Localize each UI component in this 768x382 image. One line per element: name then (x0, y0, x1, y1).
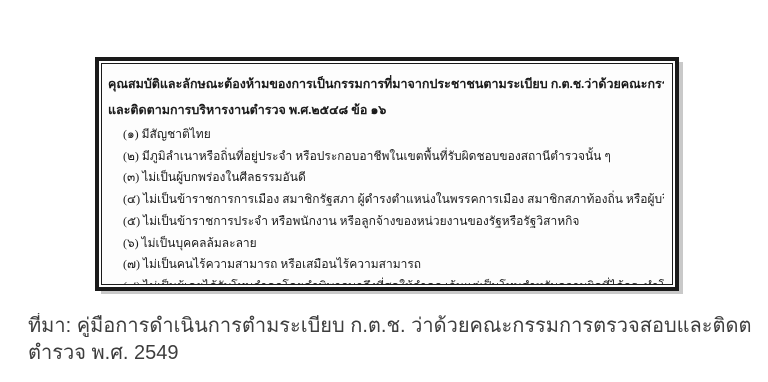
list-item: (๓) ไม่เป็นผู้บกพร่องในศีลธรรมอันดี (108, 167, 664, 189)
box-title-line-2: และติดตามการบริหารงานตำรวจ พ.ศ.๒๕๔๘ ข้อ … (108, 97, 664, 123)
document-page: คุณสมบัติและลักษณะต้องห้ามของการเป็นกรรม… (0, 0, 768, 382)
source-caption: ที่มา: คู่มือการดำเนินการตำมระเบียบ ก.ต.… (28, 313, 752, 367)
list-item: (๗) ไม่เป็นคนไร้ความสามารถ หรือเสมือนไร้… (108, 254, 664, 276)
box-title-line-1: คุณสมบัติและลักษณะต้องห้ามของการเป็นกรรม… (108, 71, 664, 97)
qualifications-list: (๑) มีสัญชาติไทย (๒) มีภูมิลำเนาหรือถิ่น… (108, 124, 664, 285)
list-item: (๘) ไม่เป็นผู้เคยได้รับโทษจำคุกโดยคำพิพา… (108, 276, 664, 285)
list-item: (๖) ไม่เป็นบุคคลล้มละลาย (108, 233, 664, 255)
list-item: (๕) ไม่เป็นข้าราชการประจำ หรือพนักงาน หร… (108, 211, 664, 233)
list-item: (๑) มีสัญชาติไทย (108, 124, 664, 146)
list-item: (๔) ไม่เป็นข้าราชการการเมือง สมาชิกรัฐสภ… (108, 189, 664, 211)
source-caption-line-1: ที่มา: คู่มือการดำเนินการตำมระเบียบ ก.ต.… (28, 313, 752, 340)
list-item: (๒) มีภูมิลำเนาหรือถิ่นที่อยู่ประจำ หรือ… (108, 146, 664, 168)
box-title: คุณสมบัติและลักษณะต้องห้ามของการเป็นกรรม… (108, 71, 664, 123)
source-caption-line-2: ตำรวจ พ.ศ. 2549 (28, 340, 752, 367)
qualifications-box: คุณสมบัติและลักษณะต้องห้ามของการเป็นกรรม… (95, 57, 679, 291)
qualifications-box-inner: คุณสมบัติและลักษณะต้องห้ามของการเป็นกรรม… (101, 63, 673, 285)
